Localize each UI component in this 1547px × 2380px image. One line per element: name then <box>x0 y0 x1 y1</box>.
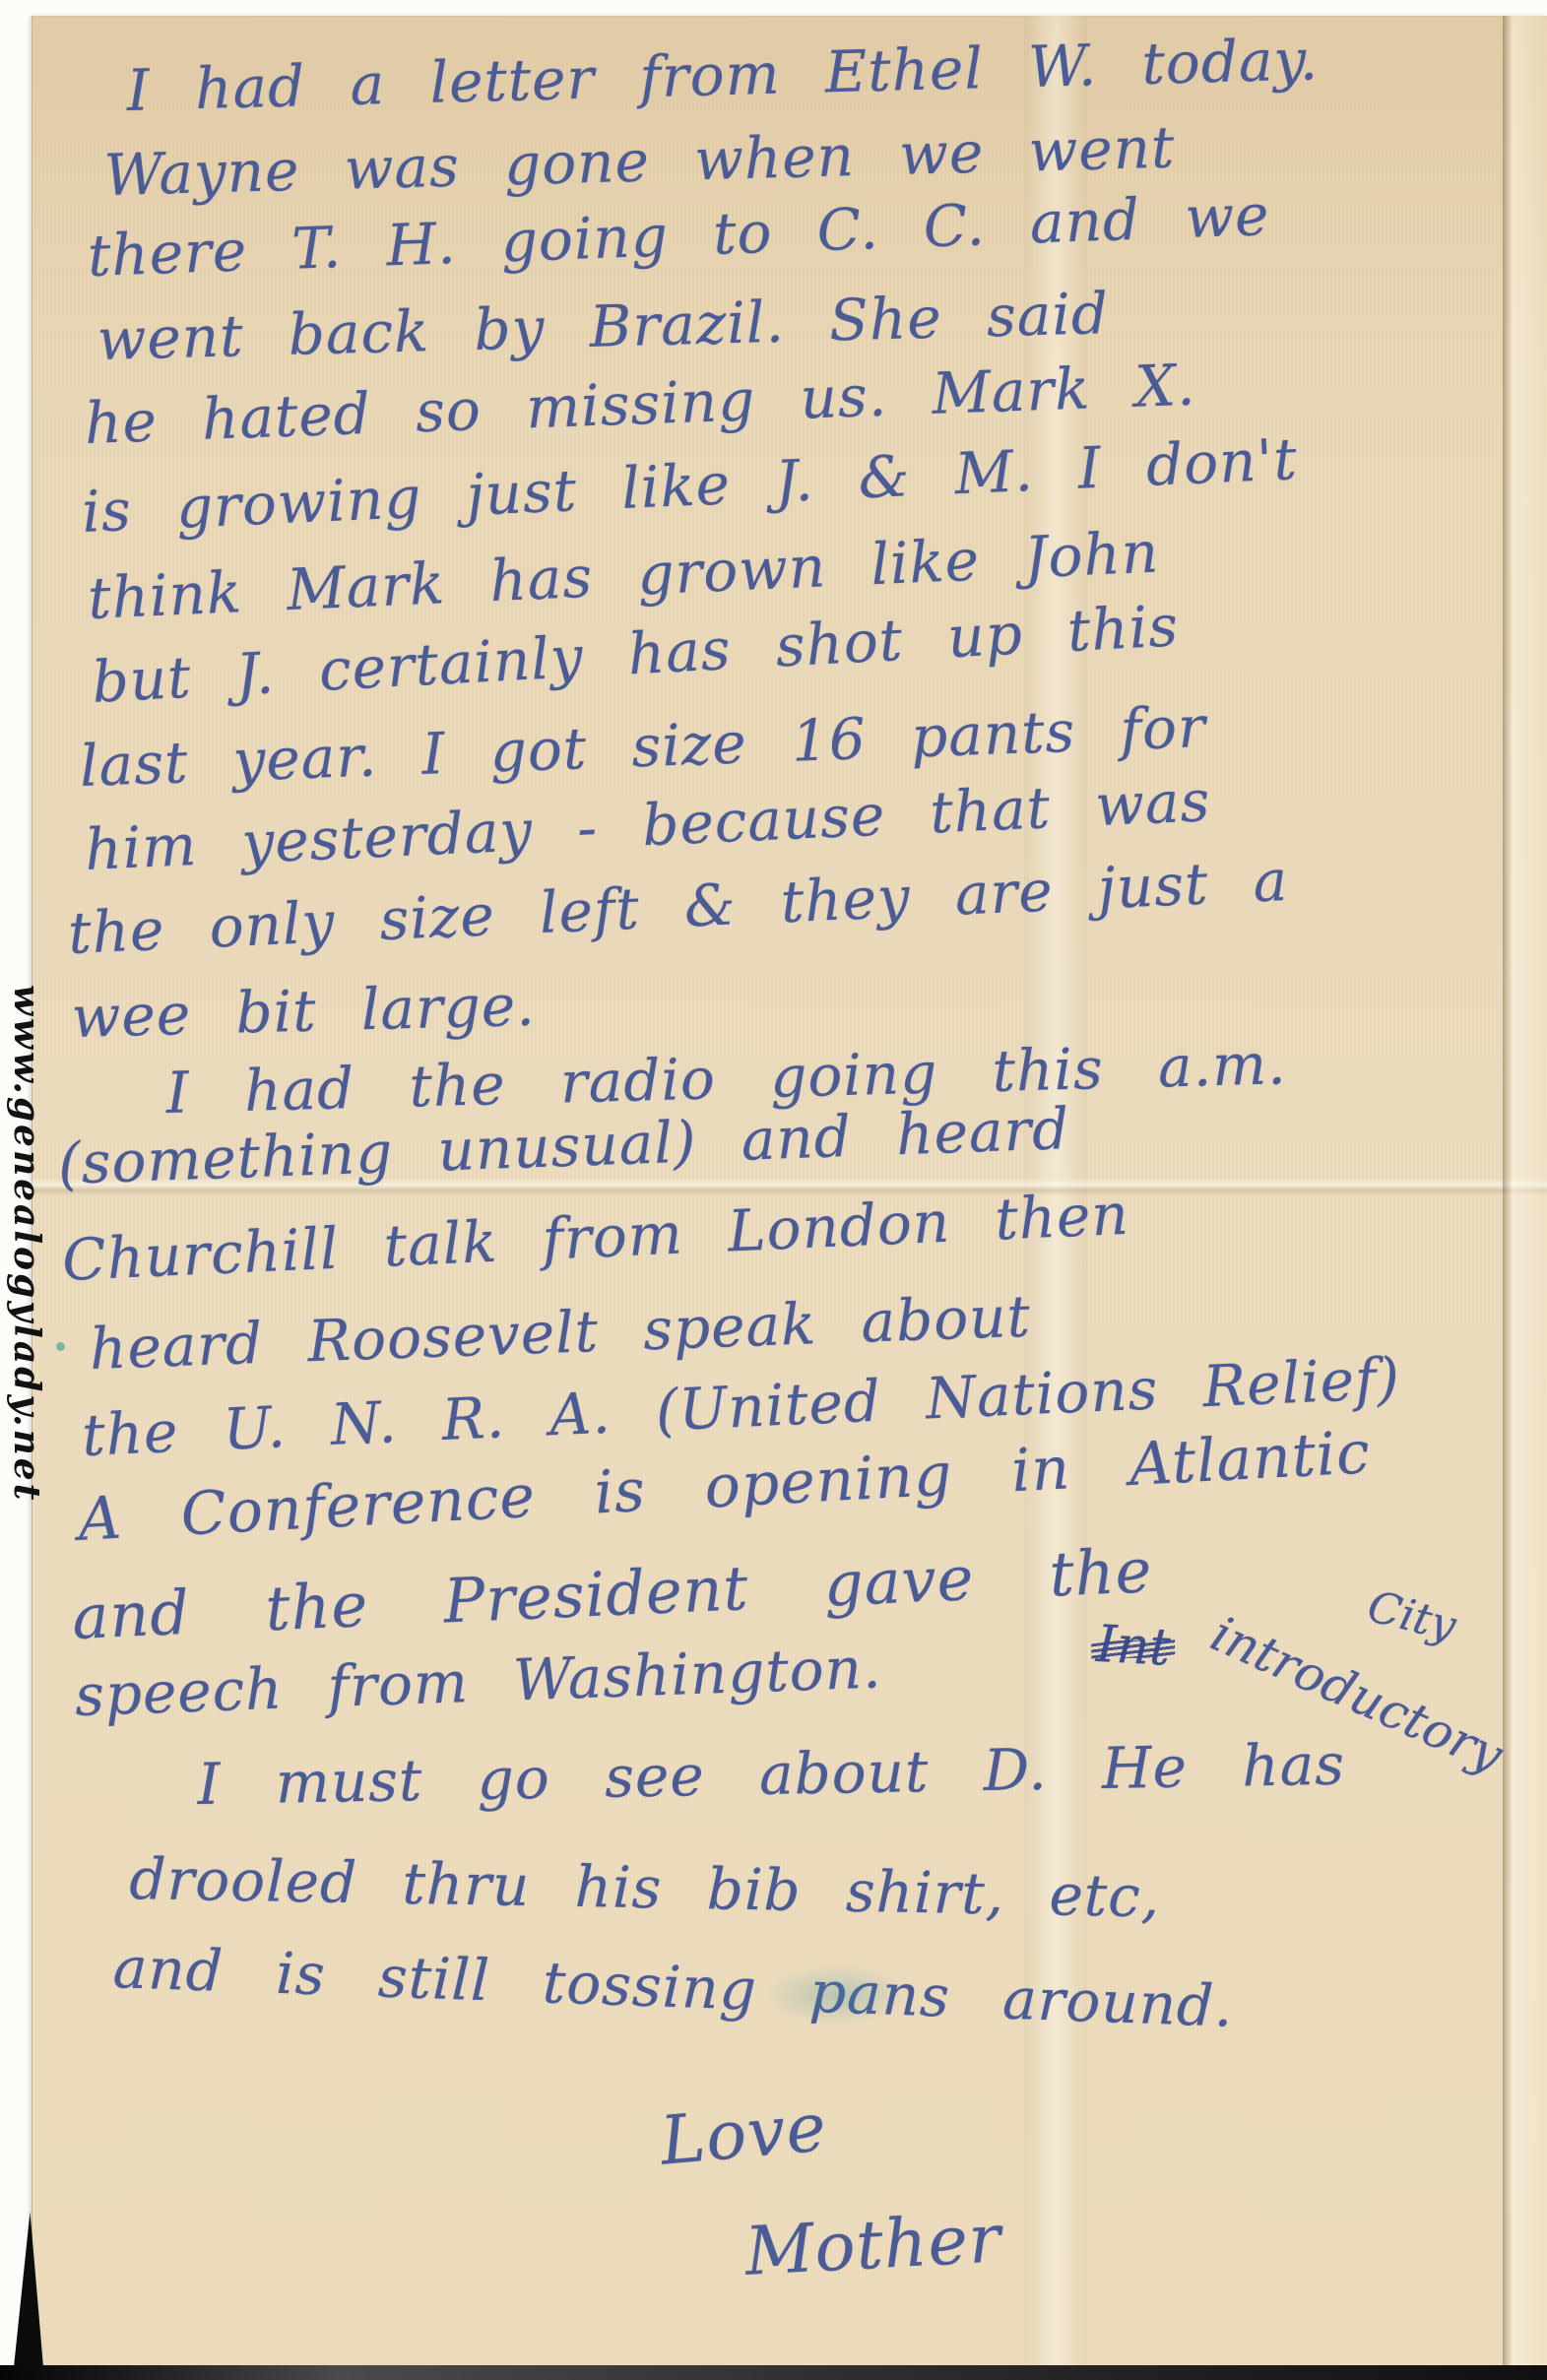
scanner-bottom-edge <box>0 2365 1547 2380</box>
handwriting-line: wee bit large. <box>71 976 536 1048</box>
struck-out-word: Int <box>1095 1615 1172 1678</box>
ink-dot <box>56 1342 65 1351</box>
watermark: www.genealogylady.net <box>4 985 47 1447</box>
signature: Mother <box>743 2204 1003 2287</box>
scan-background: I had a letter from Ethel W. today.Wayne… <box>0 0 1547 2380</box>
valediction: Love <box>658 2092 829 2177</box>
